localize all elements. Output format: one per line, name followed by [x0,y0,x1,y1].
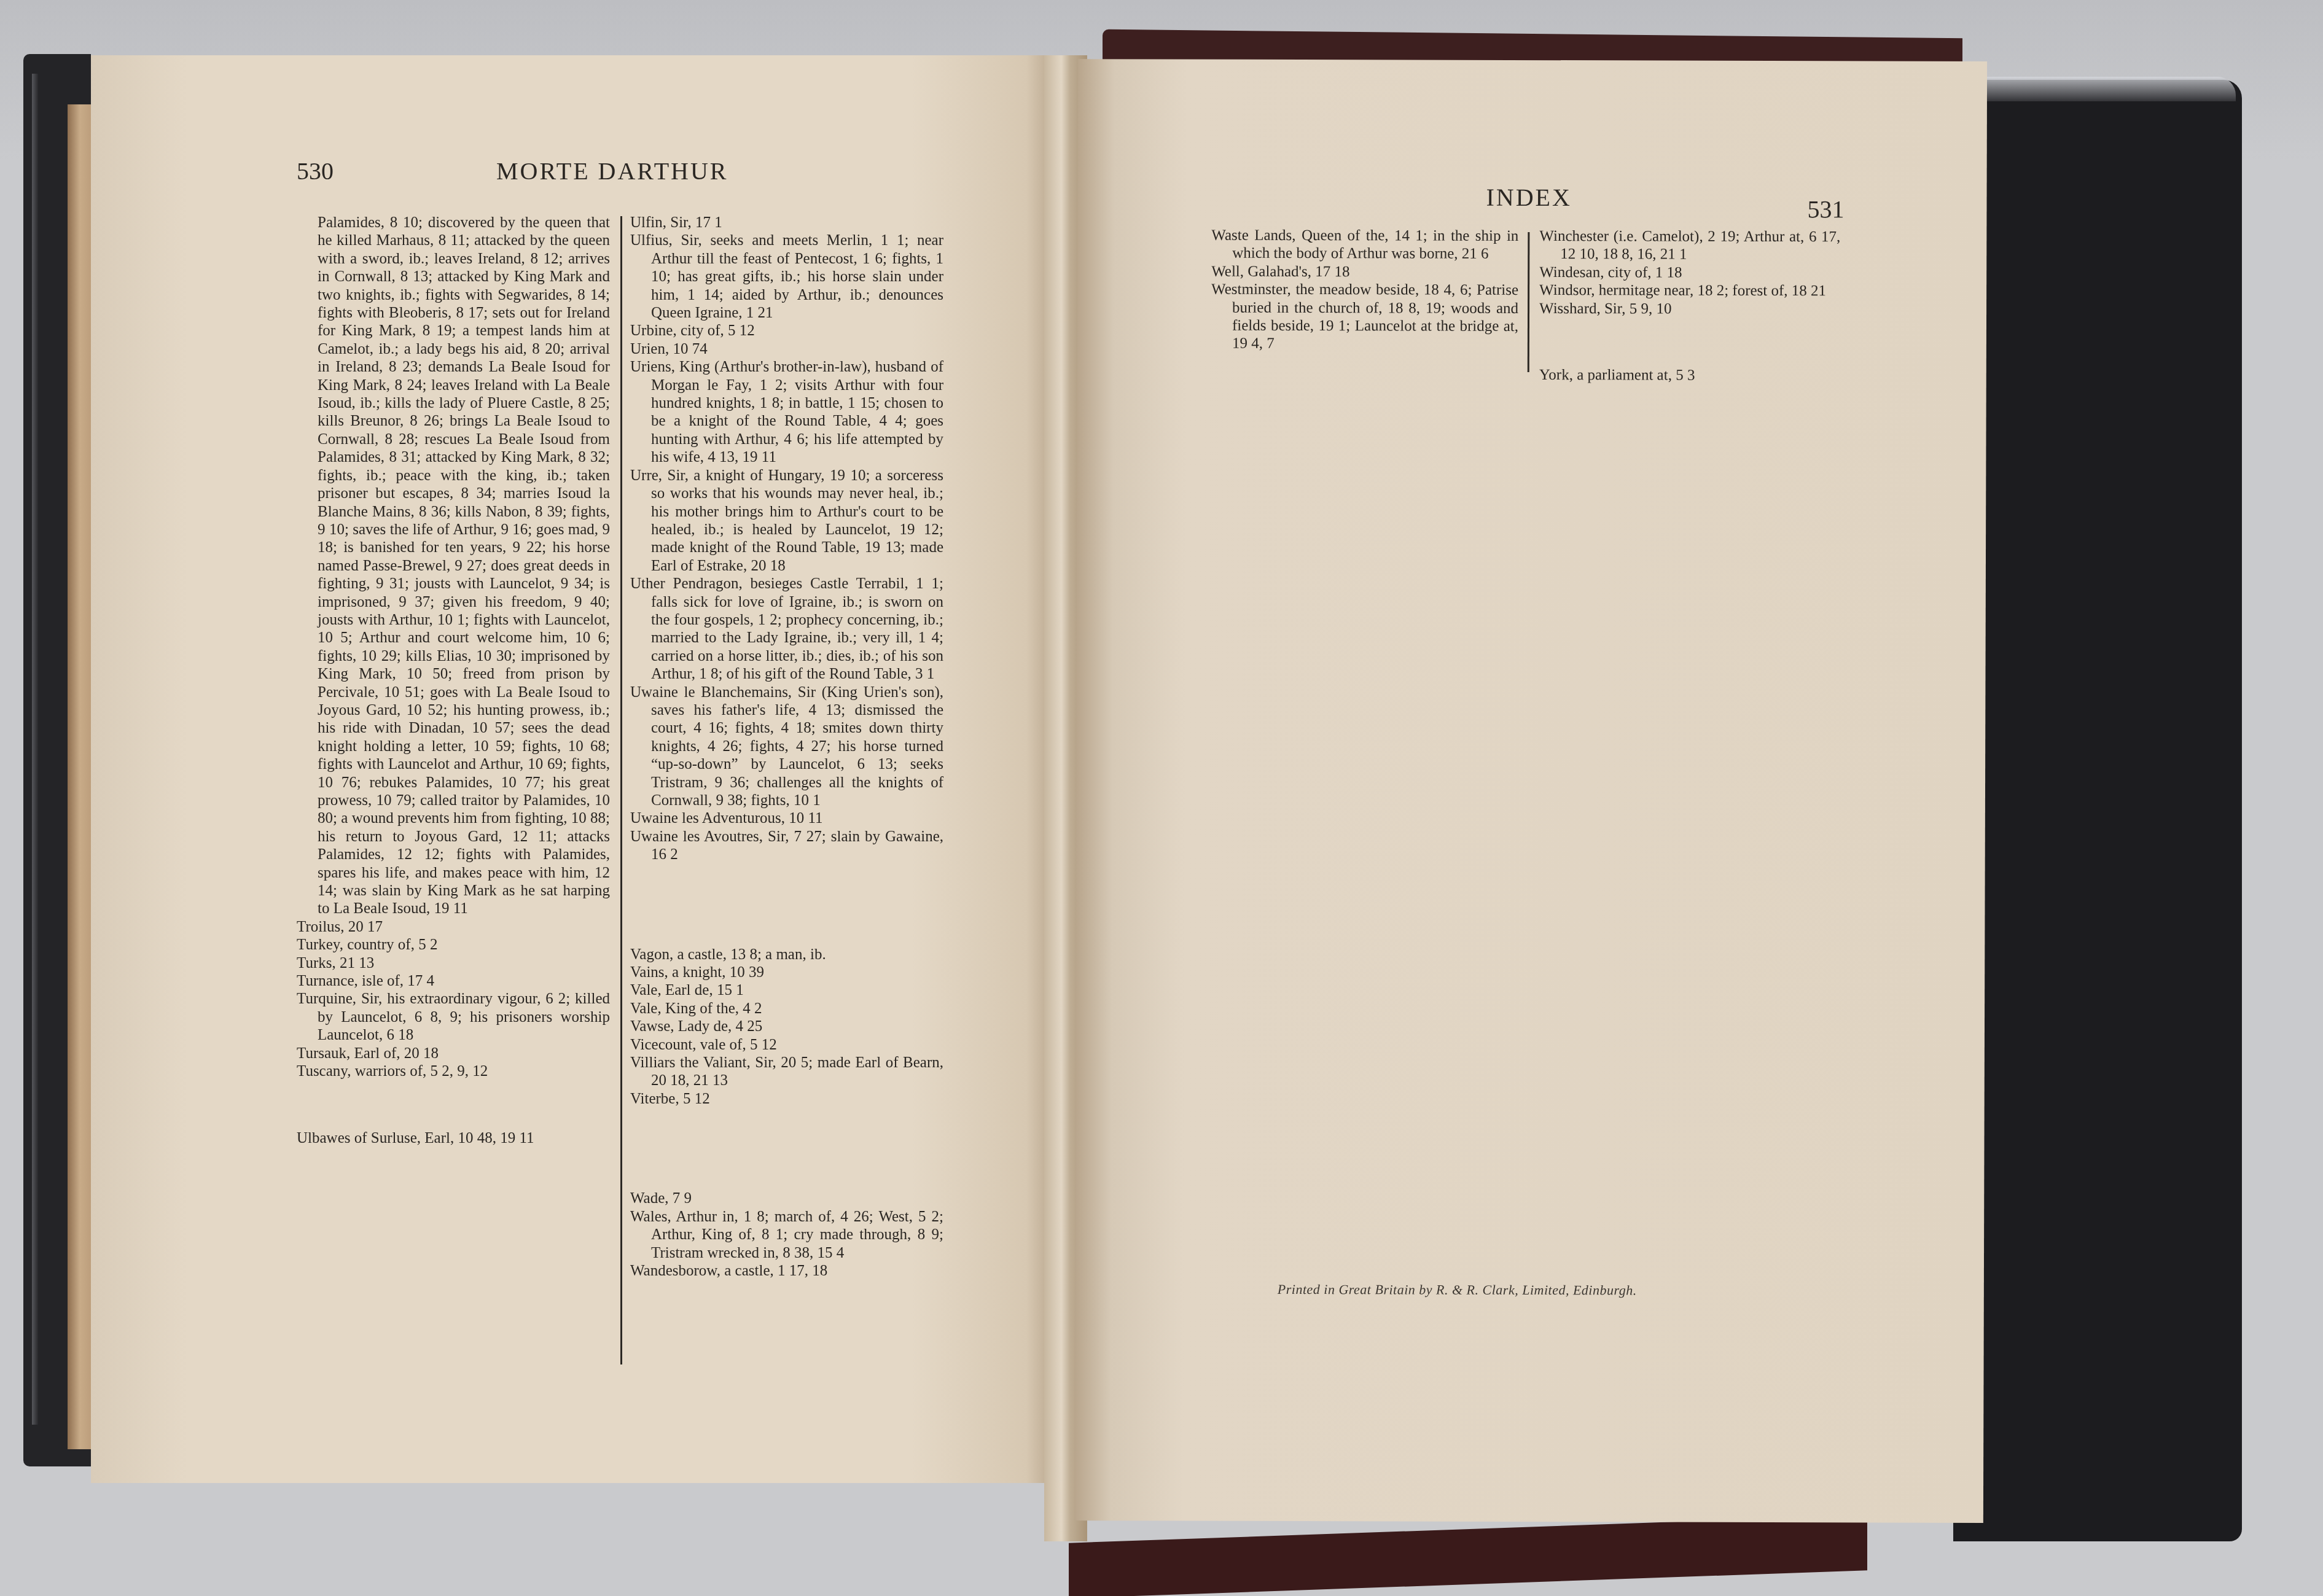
column-rule [1528,232,1530,372]
index-entry: Wales, Arthur in, 1 8; march of, 4 26; W… [630,1208,943,1262]
dust-jacket-right-glare [1947,77,2236,101]
index-column-1: Palamides, 8 10; discovered by the queen… [297,214,610,1147]
index-column-1: Waste Lands, Queen of the, 14 1; in the … [1211,227,1519,354]
index-entry: Well, Galahad's, 17 18 [1211,262,1518,281]
index-entry: Windesan, city of, 1 18 [1539,263,1840,282]
index-entry: Turks, 21 13 [297,954,610,972]
index-entry: Turquine, Sir, his extraordinary vigour,… [297,990,610,1044]
right-page: INDEX 531 Waste Lands, Queen of the, 14 … [1074,59,1987,1523]
index-entry: Uwaine les Adventurous, 10 11 [630,809,943,827]
entry-spacer [630,1156,943,1174]
index-entry: Palamides, 8 10; discovered by the queen… [297,214,610,918]
index-entry: Urre, Sir, a knight of Hungary, 19 10; a… [630,467,943,575]
column-rule [620,216,622,1364]
index-entry: Uwaine le Blanchemains, Sir (King Urien'… [630,683,943,810]
index-entry: Ulfin, Sir, 17 1 [630,214,943,232]
book-cover-board-bottom [1069,1515,1867,1596]
index-entry: Ulfius, Sir, seeks and meets Merlin, 1 1… [630,232,943,322]
index-entry: Turnance, isle of, 17 4 [297,972,610,990]
entry-spacer [297,1096,610,1114]
page-number: 530 [297,157,334,185]
index-entry: Wisshard, Sir, 5 9, 10 [1539,300,1840,319]
index-entry: Urbine, city of, 5 12 [630,322,943,340]
index-entry: Vawse, Lady de, 4 25 [630,1018,943,1035]
index-entry: Windsor, hermitage near, 18 2; forest of… [1539,281,1840,300]
index-entry: Vagon, a castle, 13 8; a man, ib. [630,946,943,963]
index-entry: Westminster, the meadow beside, 18 4, 6;… [1211,281,1518,354]
index-entry: Tuscany, warriors of, 5 2, 9, 12 [297,1062,610,1080]
index-entry: Viterbe, 5 12 [630,1090,943,1108]
dust-jacket-right [1953,80,2242,1541]
index-entry: Turkey, country of, 5 2 [297,936,610,954]
index-entry: Wade, 7 9 [630,1189,943,1207]
index-entry: Vale, Earl de, 15 1 [630,981,943,999]
index-column-2: Winchester (i.e. Camelot), 2 19; Arthur … [1539,227,1841,385]
index-entry: Vale, King of the, 4 2 [630,1000,943,1018]
entry-spacer [630,1123,943,1141]
index-entry: Uther Pendragon, besieges Castle Terrabi… [630,575,943,683]
index-entry: York, a parliament at, 5 3 [1539,366,1840,385]
printer-imprint: Printed in Great Britain by R. & R. Clar… [1278,1282,1637,1299]
entry-spacer [630,879,943,897]
index-entry: Uwaine les Avoutres, Sir, 7 27; slain by… [630,828,943,864]
index-entry: Ulbawes of Surluse, Earl, 10 48, 19 11 [297,1129,610,1147]
dust-jacket-left-glare [32,74,38,1425]
entry-spacer [1539,333,1840,351]
index-column-2: Ulfin, Sir, 17 1Ulfius, Sir, seeks and m… [630,214,943,1280]
index-entry: Vicecount, vale of, 5 12 [630,1036,943,1054]
index-entry: Urien, 10 74 [630,340,943,358]
index-entry: Wandesborow, a castle, 1 17, 18 [630,1262,943,1280]
index-entry: Waste Lands, Queen of the, 14 1; in the … [1211,227,1518,263]
entry-spacer [630,913,943,930]
page-number: 531 [1807,195,1844,224]
left-page: 530 MORTE DARTHUR Palamides, 8 10; disco… [91,55,1055,1483]
index-entry: Winchester (i.e. Camelot), 2 19; Arthur … [1539,227,1840,264]
running-head: MORTE DARTHUR [496,157,728,185]
index-entry: Tursauk, Earl of, 20 18 [297,1045,610,1062]
index-entry: Vains, a knight, 10 39 [630,963,943,981]
index-entry: Villiars the Valiant, Sir, 20 5; made Ea… [630,1054,943,1090]
running-head: INDEX [1486,183,1572,212]
index-entry: Troilus, 20 17 [297,918,610,936]
index-entry: Uriens, King (Arthur's brother-in-law), … [630,358,943,466]
